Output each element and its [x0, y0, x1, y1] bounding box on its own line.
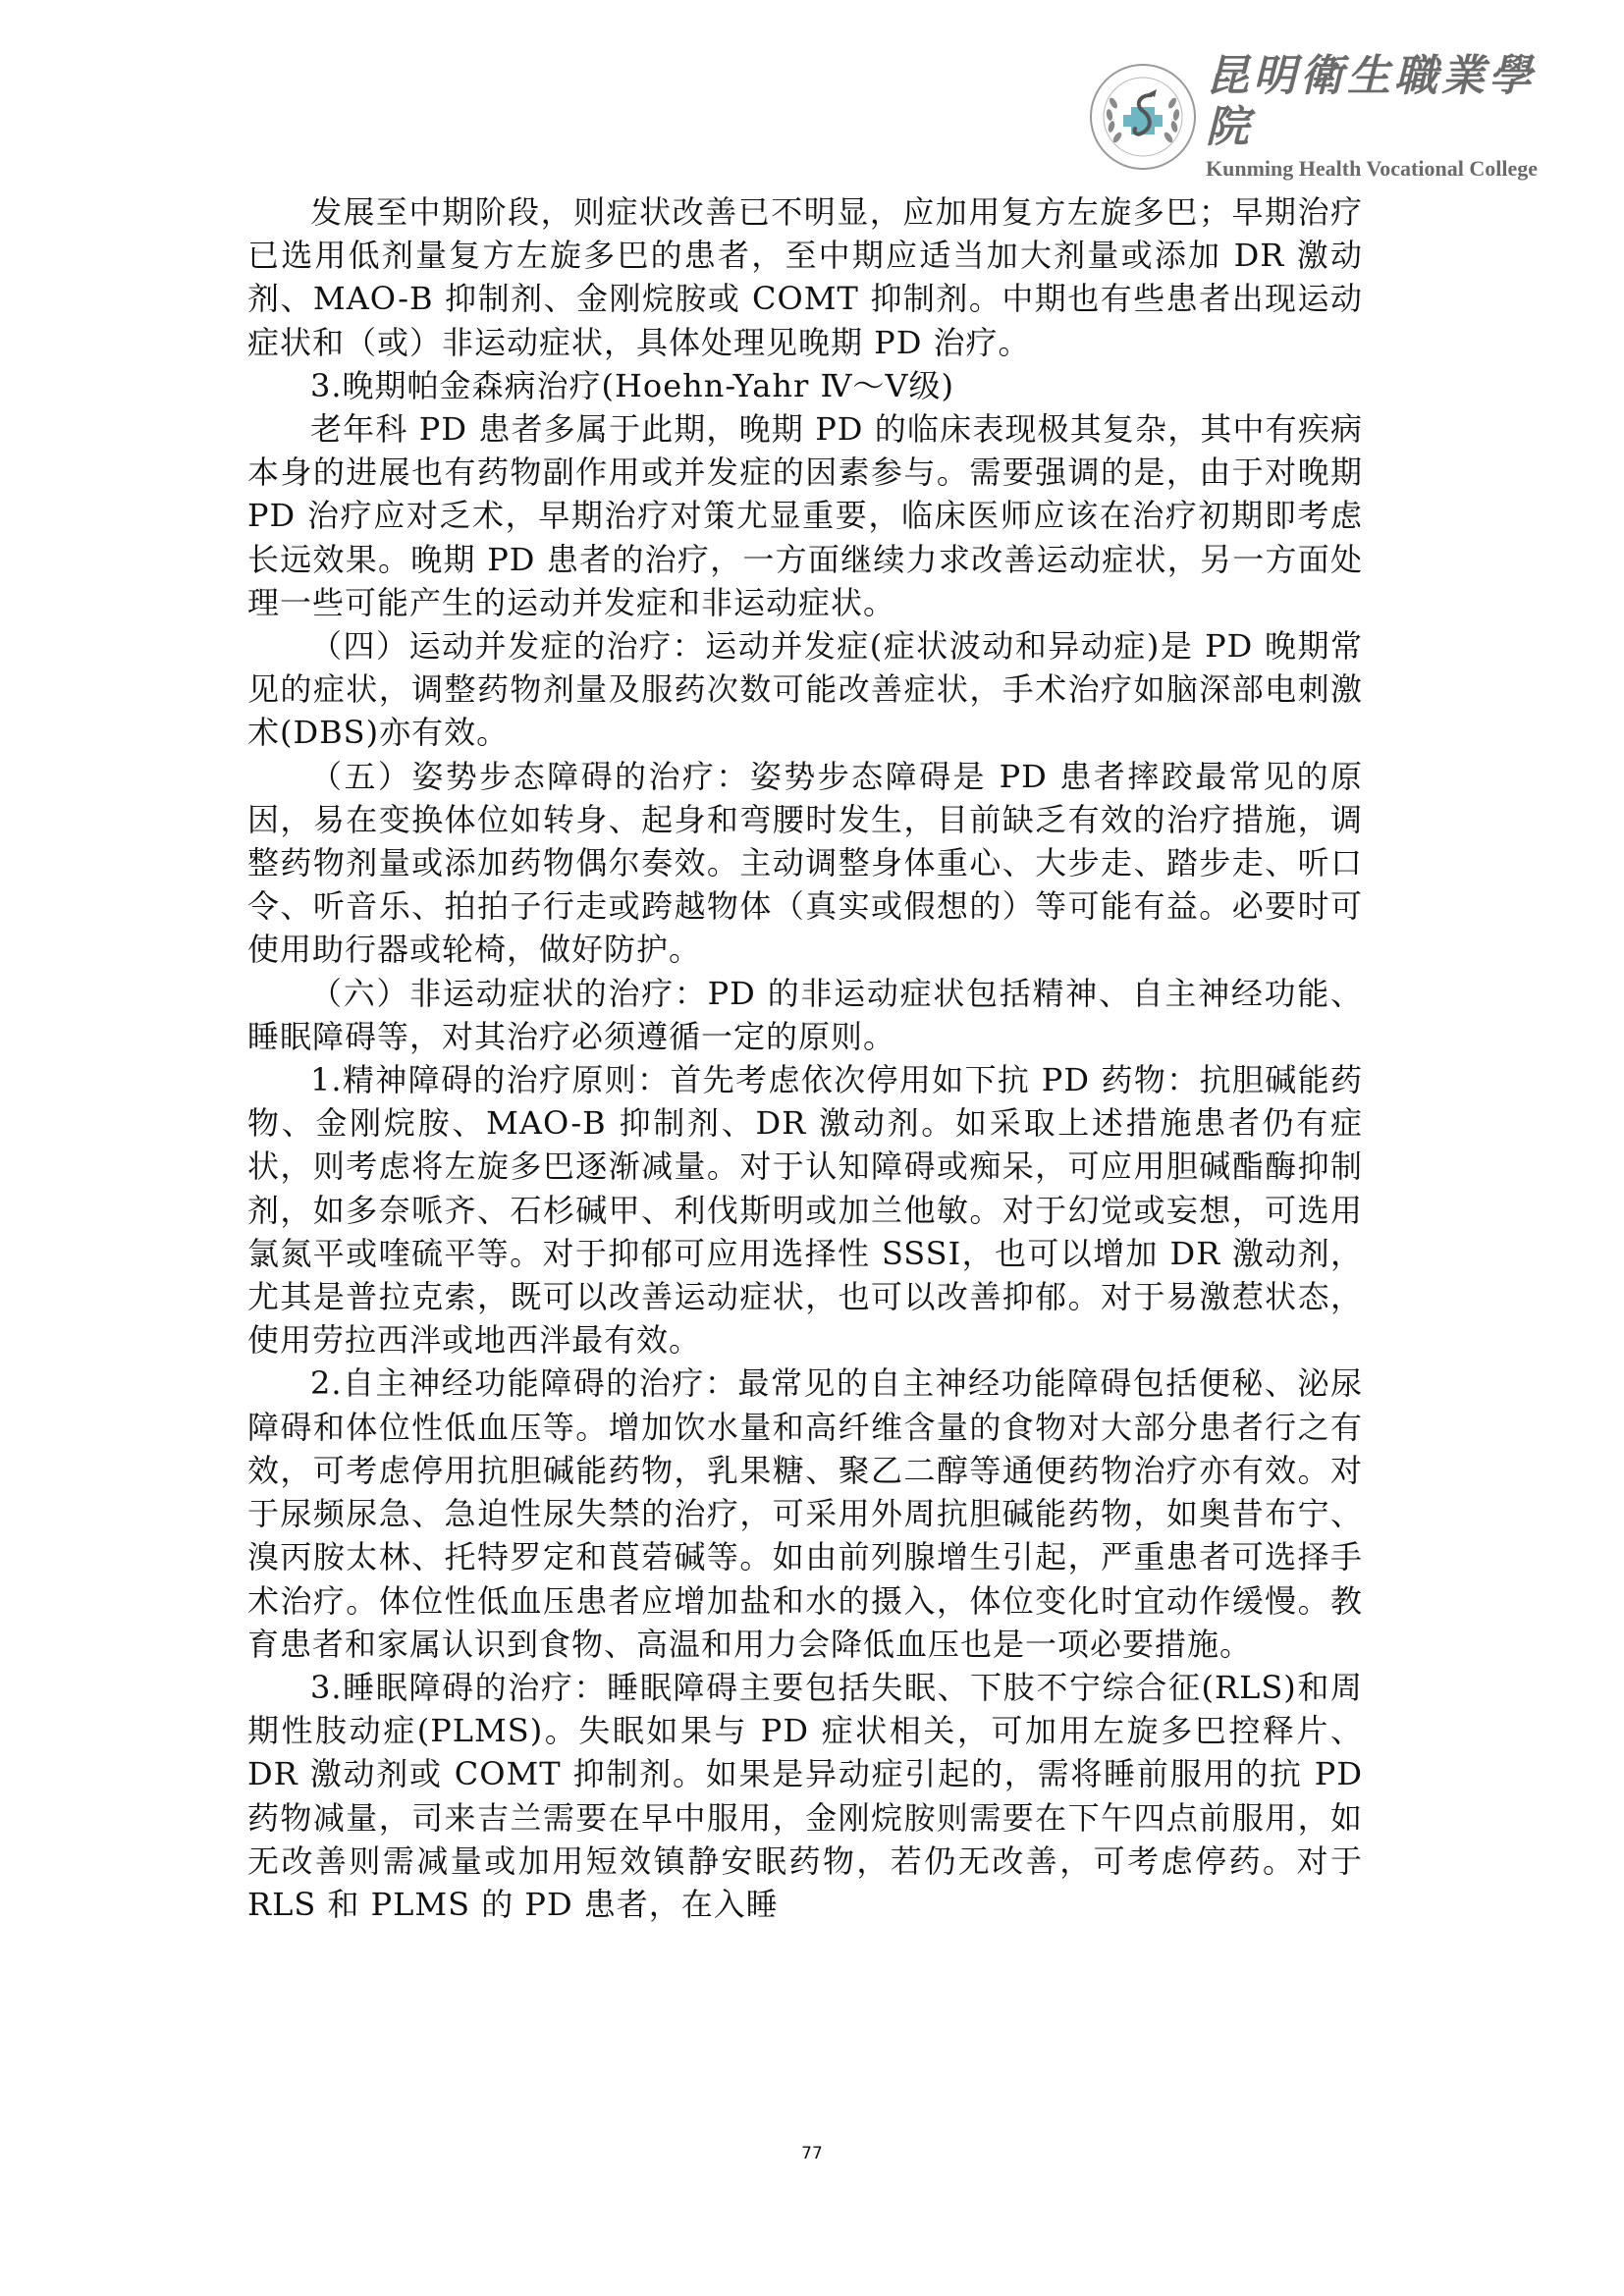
heading-late-stage-treatment: 3.晚期帕金森病治疗(Hoehn-Yahr Ⅳ～Ⅴ级)	[247, 364, 1363, 407]
logo-english-name: Kunming Health Vocational College	[1206, 155, 1549, 183]
logo-chinese-name: 昆明衛生職業學院	[1206, 51, 1549, 153]
paragraph-autonomic-dysfunction: 2.自主神经功能障碍的治疗：最常见的自主神经功能障碍包括便秘、泌尿障碍和体位性低…	[247, 1362, 1363, 1665]
document-body: 发展至中期阶段，则症状改善已不明显，应加用复方左旋多巴；早期治疗已选用低剂量复方…	[247, 190, 1363, 1926]
page-number: 77	[0, 2144, 1624, 2163]
paragraph-late-stage: 老年科 PD 患者多属于此期，晚期 PD 的临床表现极其复杂，其中有疾病本身的进…	[247, 407, 1363, 624]
paragraph-non-motor-symptoms: （六）非运动症状的治疗：PD 的非运动症状包括精神、自主神经功能、睡眠障碍等，对…	[247, 972, 1363, 1058]
college-emblem-icon	[1088, 62, 1198, 172]
paragraph-motor-complications: （四）运动并发症的治疗：运动并发症(症状波动和异动症)是 PD 晚期常见的症状，…	[247, 624, 1363, 755]
paragraph-gait-disorders: （五）姿势步态障碍的治疗：姿势步态障碍是 PD 患者摔跤最常见的原因，易在变换体…	[247, 755, 1363, 972]
paragraph-psychiatric-disorders: 1.精神障碍的治疗原则：首先考虑依次停用如下抗 PD 药物：抗胆碱能药物、金刚烷…	[247, 1058, 1363, 1362]
college-logo: 昆明衛生職業學院 Kunming Health Vocational Colle…	[1088, 63, 1549, 171]
logo-text: 昆明衛生職業學院 Kunming Health Vocational Colle…	[1206, 51, 1549, 183]
paragraph-middle-stage: 发展至中期阶段，则症状改善已不明显，应加用复方左旋多巴；早期治疗已选用低剂量复方…	[247, 190, 1363, 364]
paragraph-sleep-disorders: 3.睡眠障碍的治疗：睡眠障碍主要包括失眠、下肢不宁综合征(RLS)和周期性肢动症…	[247, 1666, 1363, 1926]
